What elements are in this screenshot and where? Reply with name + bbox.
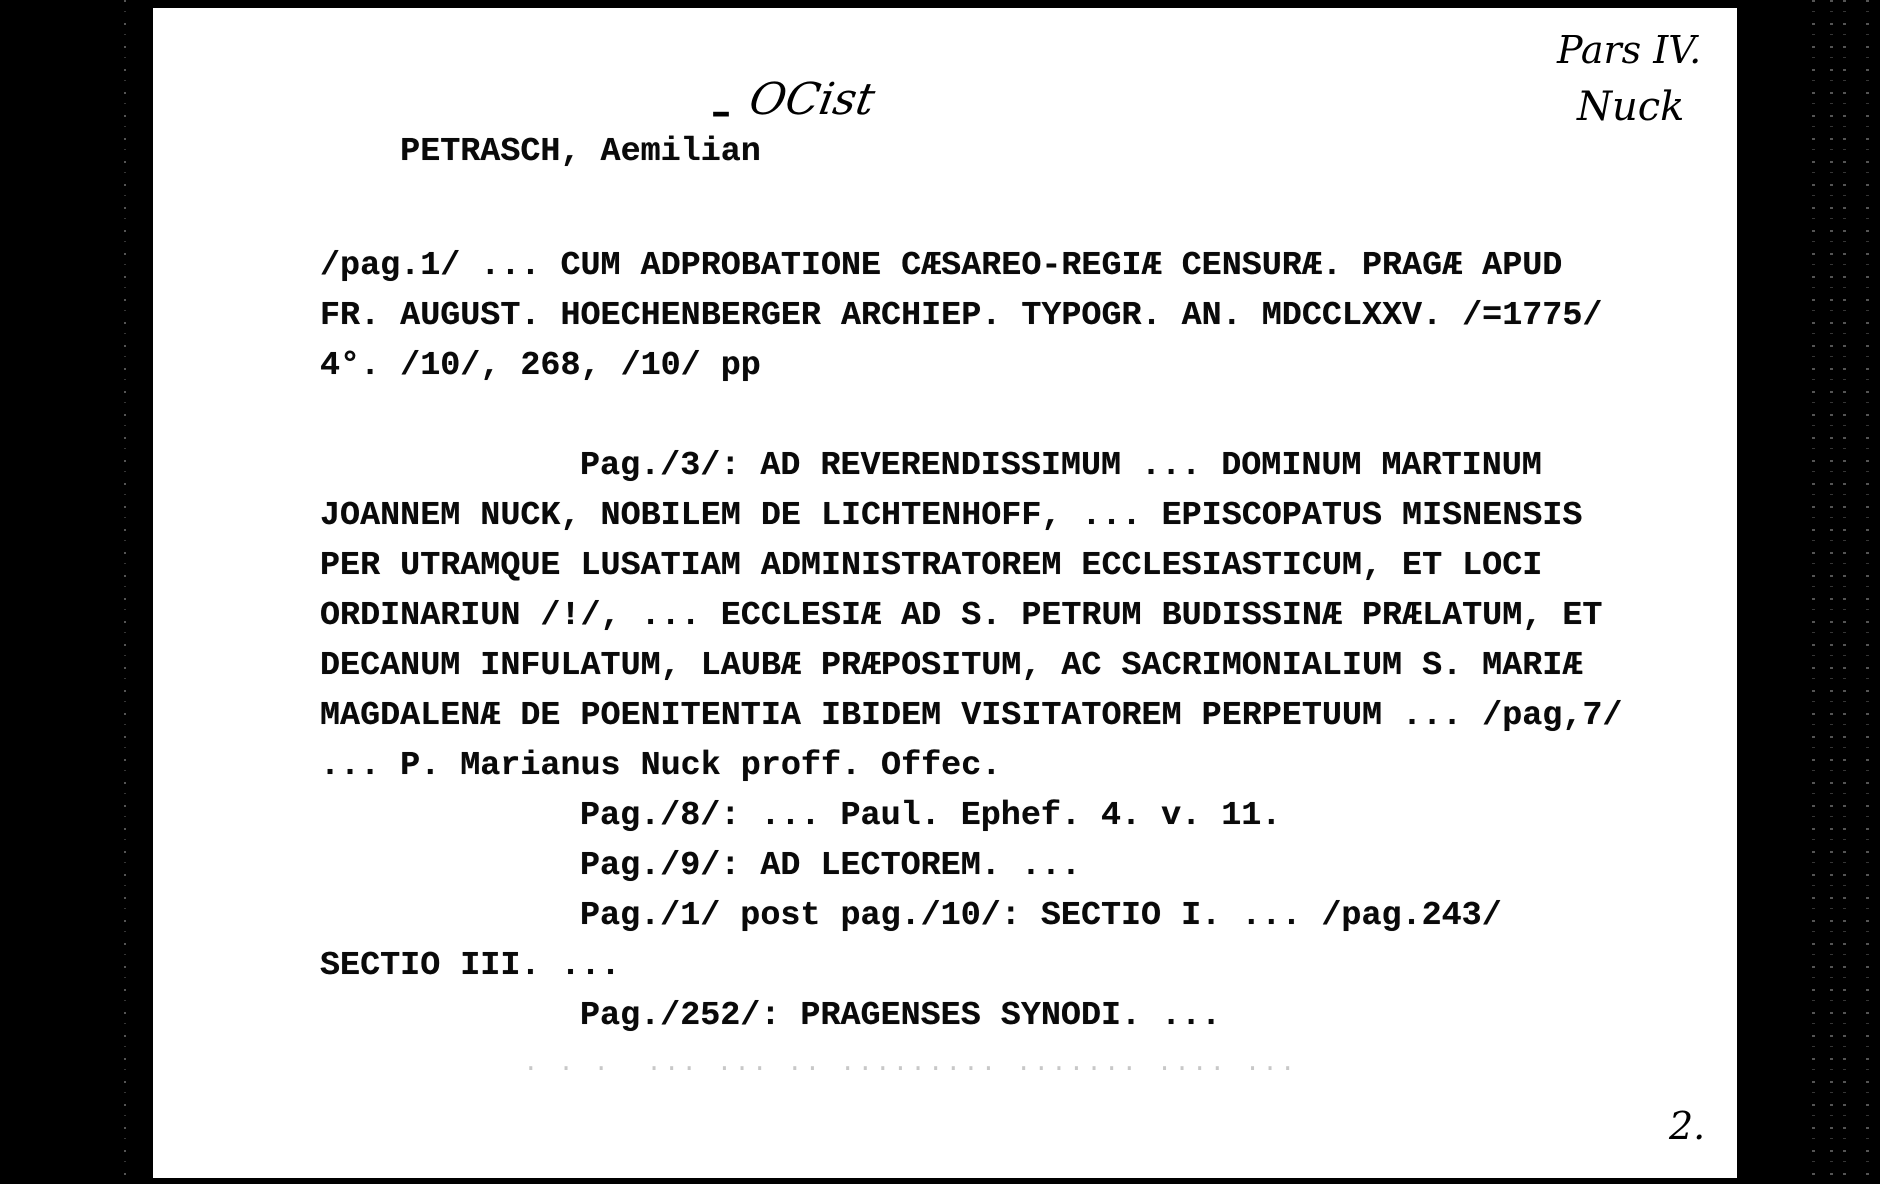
scan-noise-strip <box>1843 0 1846 1184</box>
corner-annotation-name: Nuck <box>1577 84 1684 130</box>
contents-line: Pag./3/: AD REVERENDISSIMUM ... DOMINUM … <box>580 448 1542 484</box>
contents-line: ... P. Marianus Nuck proff. Offec. <box>320 748 1001 784</box>
imprint-line: /pag.1/ ... CUM ADPROBATIONE CÆSAREO-REG… <box>320 248 1562 284</box>
imprint-line: 4°. /10/, 268, /10/ pp <box>320 348 761 384</box>
contents-line: Pag./9/: AD LECTOREM. ... <box>580 848 1081 884</box>
author-heading: PETRASCH, Aemilian <box>320 98 761 206</box>
catalog-card: PETRASCH, Aemilian – OCist Pars IV. Nuck… <box>153 8 1737 1178</box>
author-name: PETRASCH, Aemilian <box>400 133 761 171</box>
contents-line: Pag./8/: ... Paul. Ephef. 4. v. 11. <box>580 798 1281 834</box>
scan-noise-strip <box>1812 0 1815 1184</box>
contents-line: DECANUM INFULATUM, LAUBÆ PRÆPOSITUM, AC … <box>320 648 1582 684</box>
corner-annotation-part: Pars IV. <box>1557 28 1701 72</box>
page-number: 2. <box>1669 1104 1705 1148</box>
contents-line: JOANNEM NUCK, NOBILEM DE LICHTENHOFF, ..… <box>320 498 1582 534</box>
scan-noise-strip <box>124 0 126 1184</box>
contents-line: SECTIO III. ... <box>320 948 621 984</box>
imprint-line: FR. AUGUST. HOECHENBERGER ARCHIEP. TYPOG… <box>320 298 1602 334</box>
contents-line: Pag./252/: PRAGENSES SYNODI. ... <box>580 998 1221 1034</box>
contents-line: MAGDALENÆ DE POENITENTIA IBIDEM VISITATO… <box>320 698 1622 734</box>
scan-noise-strip <box>1866 0 1869 1184</box>
order-annotation: OCist <box>746 74 879 125</box>
contents-line: Pag./1/ post pag./10/: SECTIO I. ... /pa… <box>580 898 1502 934</box>
heading-dash: – <box>711 88 731 135</box>
scan-noise-strip <box>1830 0 1833 1184</box>
contents-line: PER UTRAMQUE LUSATIAM ADMINISTRATOREM EC… <box>320 548 1542 584</box>
contents-line: ORDINARIUN /!/, ... ECCLESIÆ AD S. PETRU… <box>320 598 1602 634</box>
faded-line: . . . ... ... .. ......... ....... .... … <box>523 1048 1298 1078</box>
